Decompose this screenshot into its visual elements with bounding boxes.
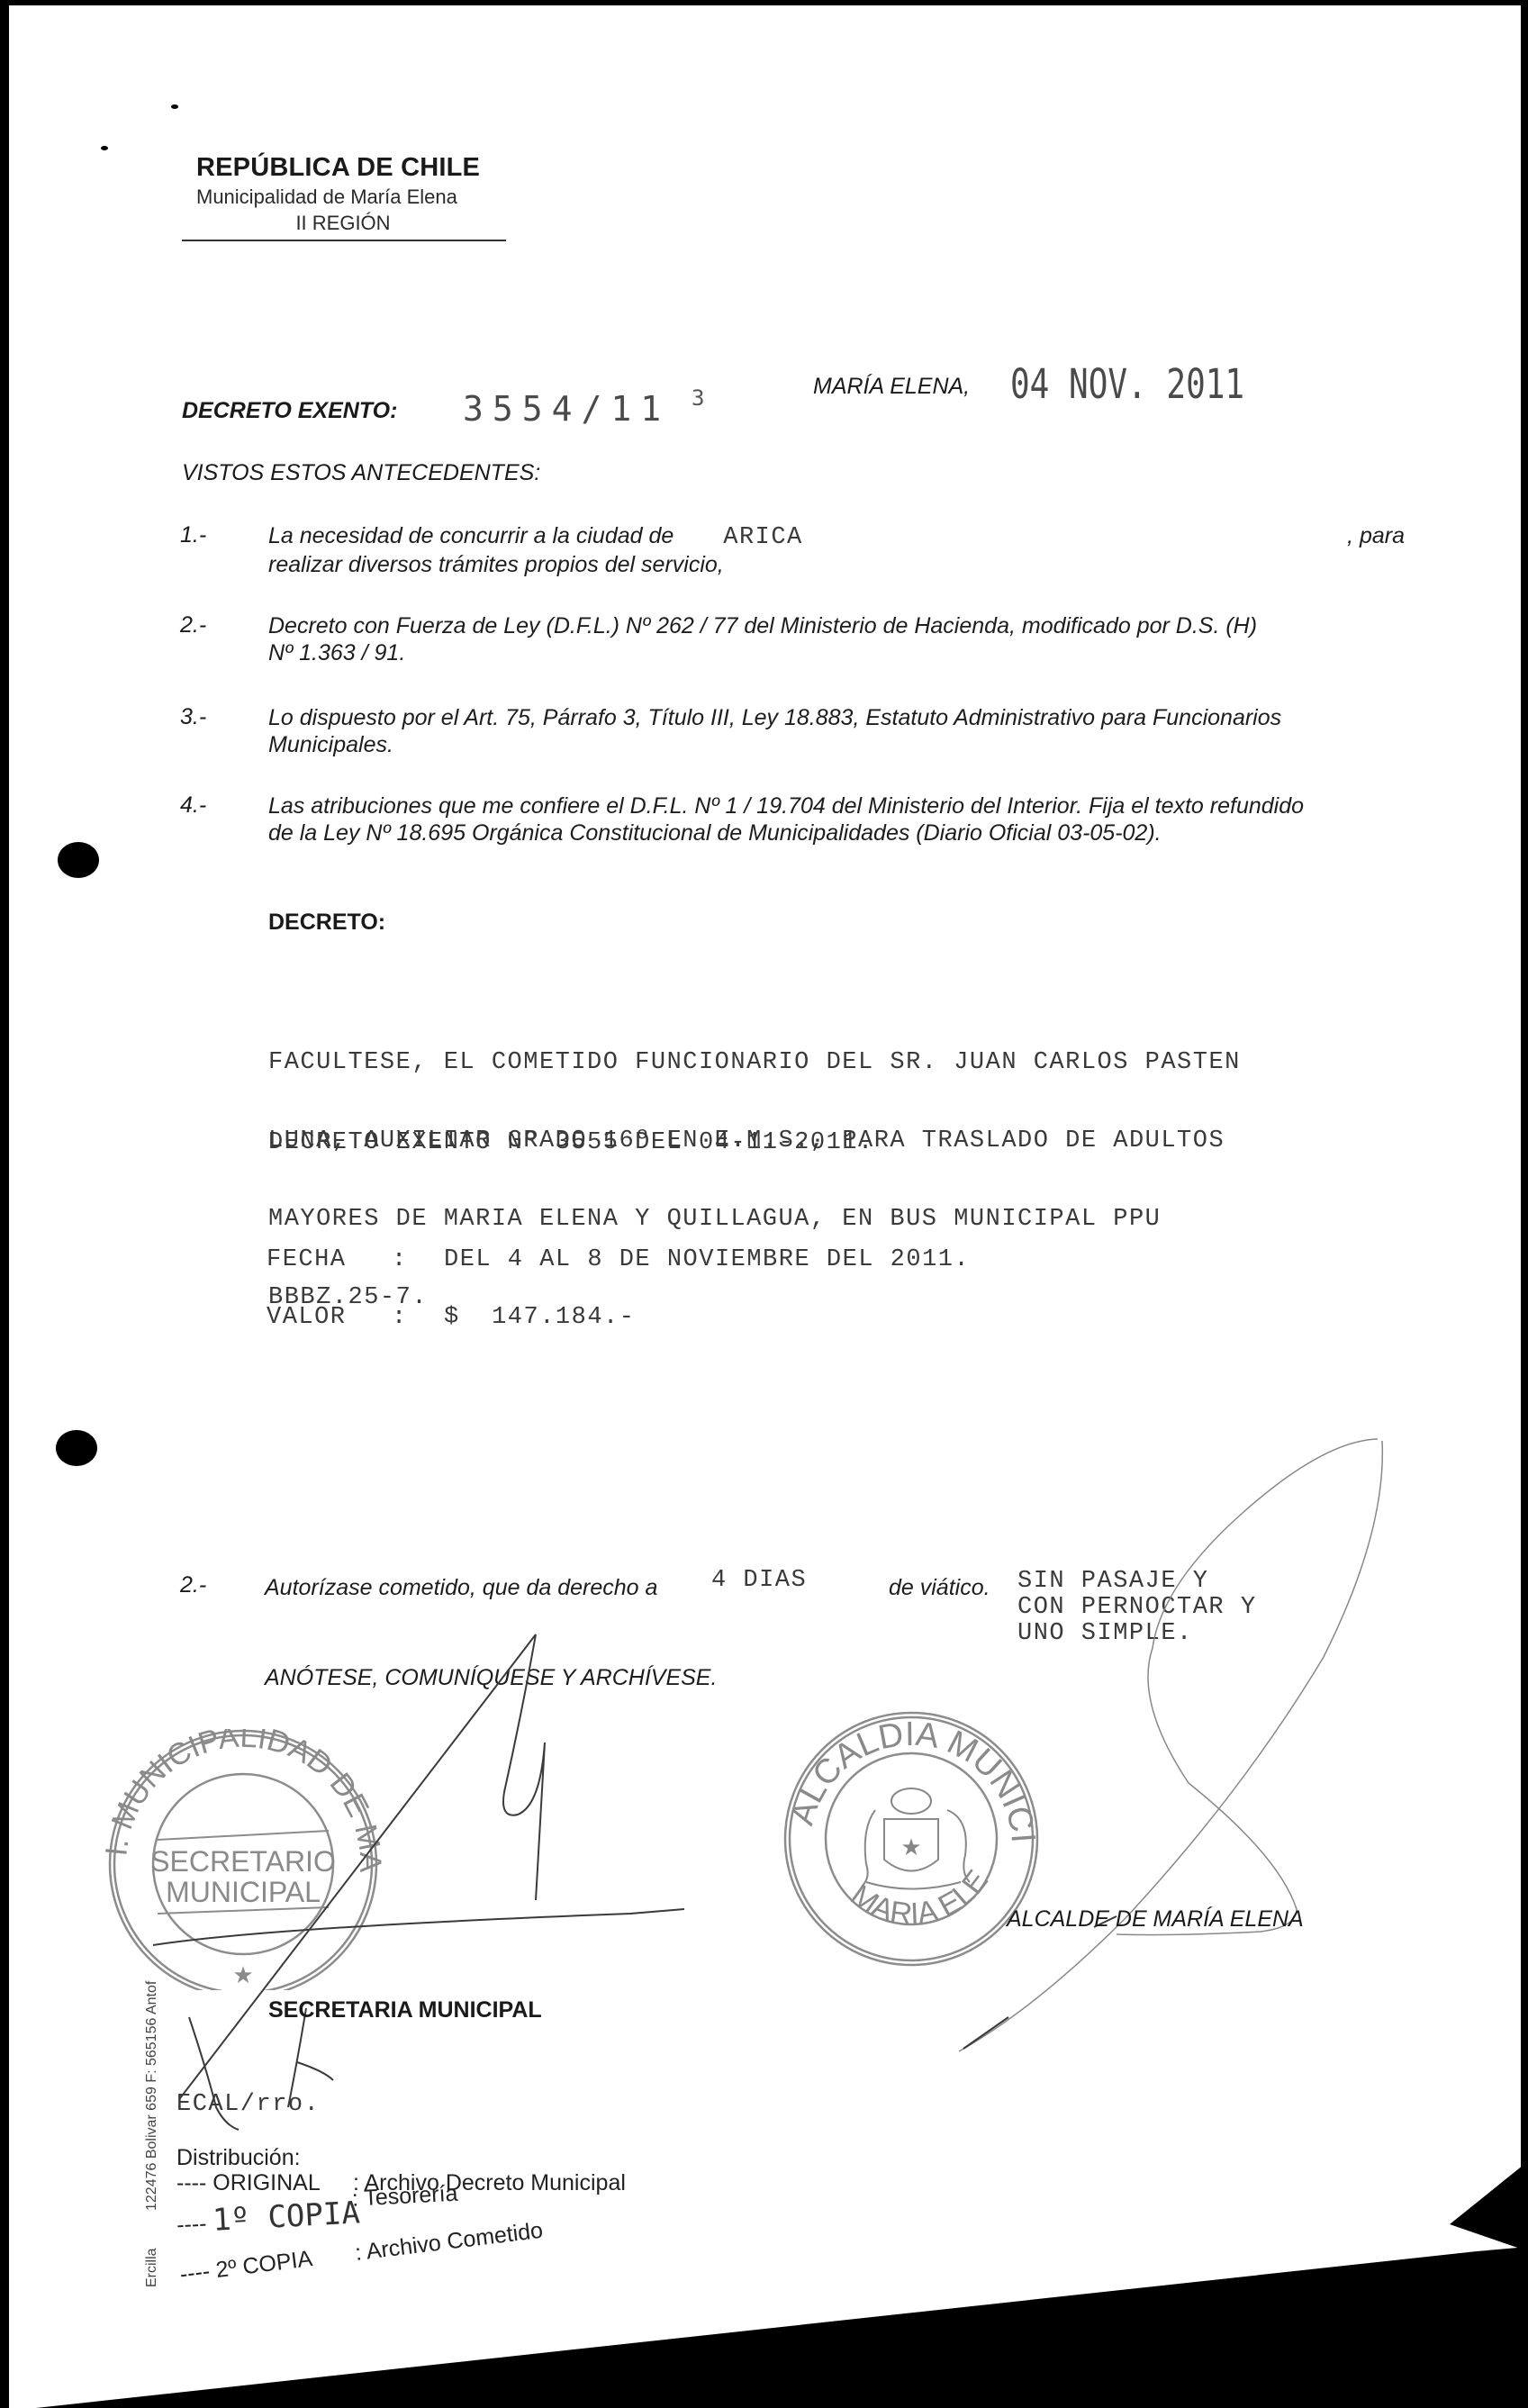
vistos-item-number: 1.- (180, 522, 206, 548)
vistos-item-text: Decreto con Fuerza de Ley (D.F.L.) Nº 26… (268, 612, 1405, 639)
punch-hole (58, 842, 99, 878)
vistos-heading: VISTOS ESTOS ANTECEDENTES: (182, 460, 540, 486)
vistos-item-number: 4.- (180, 792, 206, 819)
date-stamp: 04 NOV. 2011 (1010, 362, 1244, 408)
decree-label: DECRETO EXENTO: (182, 398, 397, 424)
mayor-seal: ALCALDIA MUNICIPAL MARIA ELENA ★ (776, 1702, 1046, 1972)
scan-border-right (1521, 0, 1528, 2233)
secretary-title: SECRETARIA MUNICIPAL (268, 1997, 542, 2023)
vistos-item-text: Lo dispuesto por el Art. 75, Párrafo 3, … (268, 704, 1405, 731)
valor-separator: : (392, 1304, 408, 1331)
viatico-conditions: SIN PASAJE Y CON PERNOCTAR Y UNO SIMPLE. (1017, 1569, 1257, 1647)
seal-ring-top-text: ALCALDIA MUNICIPAL (776, 1702, 1042, 1844)
scan-speck (101, 146, 108, 150)
distribution-destination: : Tesorería (351, 2181, 458, 2213)
valor-label: VALOR (267, 1304, 347, 1331)
authorization-text: Autorízase cometido, que da derecho a (265, 1574, 657, 1601)
destination-city: ARICA (723, 524, 803, 551)
distribution-prefix: ---- (178, 2259, 211, 2287)
vistos-item-text: Municipales. (268, 731, 1405, 758)
viatico-condition: UNO SIMPLE. (1017, 1621, 1257, 1647)
viatico-condition: CON PERNOCTAR Y (1017, 1595, 1257, 1621)
distribution-destination: : Archivo Cometido (354, 2218, 545, 2267)
authorization-number: 2.- (180, 1572, 206, 1598)
distribution-prefix: ---- (176, 2170, 206, 2195)
decree-number-stamp: 3554/11 (463, 389, 670, 429)
decreto-heading: DECRETO: (268, 910, 385, 936)
seal-center-line1: SECRETARIO (150, 1845, 336, 1878)
authorization-text-after: de viático. (889, 1574, 990, 1601)
printer-imprint-name: Ercilla (144, 2248, 160, 2287)
distribution-copy: ORIGINAL (212, 2170, 320, 2195)
letterhead-municipality: Municipalidad de María Elena (196, 186, 457, 209)
place-label: MARÍA ELENA, (813, 374, 970, 400)
svg-text:★: ★ (900, 1833, 921, 1860)
scan-border-top (0, 0, 1528, 5)
vistos-item-3: Lo dispuesto por el Art. 75, Párrafo 3, … (268, 704, 1405, 758)
distribution-copy: 1º COPIA (212, 2195, 361, 2239)
star-icon: ★ (232, 1961, 253, 1988)
vistos-item-1: La necesidad de concurrir a la ciudad de… (268, 522, 1405, 578)
valor-amount: $ 147.184.- (444, 1304, 635, 1331)
letterhead-region: II REGIÓN (180, 212, 506, 235)
vistos-item-text: Las atribuciones que me confiere el D.F.… (268, 792, 1405, 819)
distribution-row: ---- ORIGINAL : Archivo Decreto Municipa… (176, 2170, 321, 2196)
punch-hole (56, 1430, 97, 1466)
decree-number-suffix: 3 (692, 385, 704, 411)
viatico-condition: SIN PASAJE Y (1017, 1569, 1257, 1595)
vistos-item-number: 3.- (180, 704, 206, 730)
vistos-item-text: La necesidad de concurrir a la ciudad de (268, 523, 674, 548)
seal-center-line2: MUNICIPAL (166, 1876, 321, 1908)
scan-border-left (0, 0, 9, 2408)
distribution-row: ---- 2º COPIA : Archivo Cometido (178, 2246, 313, 2288)
vistos-item-number: 2.- (180, 612, 206, 638)
initials: ECAL/rro. (176, 2091, 320, 2118)
closing-formula: ANÓTESE, COMUNÍQUESE Y ARCHÍVESE. (265, 1664, 717, 1691)
vistos-item-text: realizar diversos trámites propios del s… (268, 551, 1405, 578)
secretary-seal: I. MUNICIPALIDAD DE MARIA ELENA SECRETAR… (99, 1729, 387, 1990)
vistos-item-text: , para (1347, 522, 1405, 549)
vistos-item-text: de la Ley Nº 18.695 Orgánica Constitucio… (268, 819, 1405, 846)
decreto-body: FACULTESE, EL COMETIDO FUNCIONARIO DEL S… (268, 998, 1439, 1337)
letterhead-rule (182, 240, 506, 241)
distribution-prefix: ---- (176, 2211, 207, 2238)
viatico-days: 4 DIAS (711, 1567, 807, 1594)
fecha-separator: : (392, 1246, 408, 1273)
letterhead-country: REPÚBLICA DE CHILE (196, 153, 480, 183)
coat-of-arms-icon: ★ (862, 1788, 970, 1889)
decreto-reference: DECRETO EXENTO Nº 3555 DEL 04-11-2011. (268, 1130, 1439, 1156)
vistos-item-2: Decreto con Fuerza de Ley (D.F.L.) Nº 26… (268, 612, 1405, 666)
distribution-copy: 2º COPIA (214, 2246, 313, 2283)
distribution-row: ---- 1º COPIA : Tesorería (176, 2195, 361, 2241)
mayor-title: ALCALDE DE MARÍA ELENA (1007, 1906, 1304, 1933)
printer-imprint: 122476 Bolivar 659 F: 565156 Antof (144, 1981, 160, 2211)
vistos-item-4: Las atribuciones que me confiere el D.F.… (268, 792, 1405, 846)
fecha-value: DEL 4 AL 8 DE NOVIEMBRE DEL 2011. (444, 1246, 970, 1273)
decreto-body-line: FACULTESE, EL COMETIDO FUNCIONARIO DEL S… (268, 1050, 1439, 1076)
decreto-body-line: MAYORES DE MARIA ELENA Y QUILLAGUA, EN B… (268, 1207, 1439, 1233)
distribution-heading: Distribución: (176, 2145, 301, 2171)
fecha-label: FECHA (267, 1246, 347, 1273)
scan-speck (171, 104, 178, 109)
vistos-item-text: Nº 1.363 / 91. (268, 639, 1405, 666)
